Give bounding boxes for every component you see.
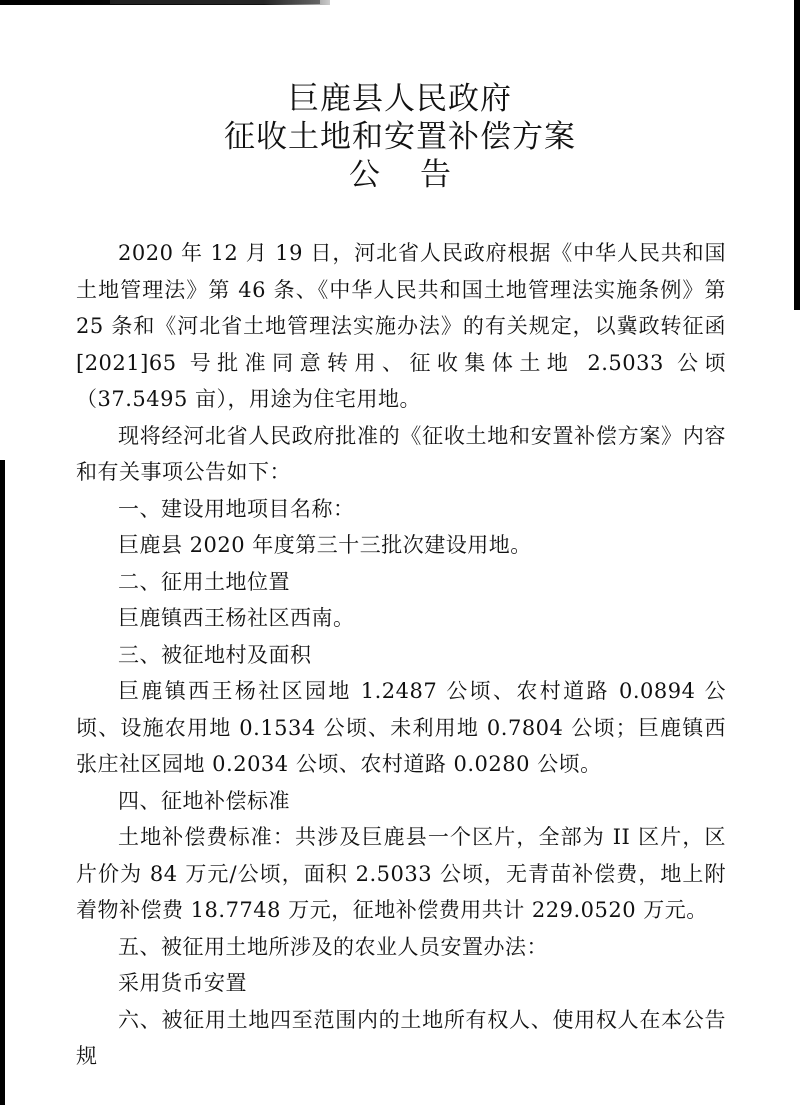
title-notice: 公告	[0, 156, 800, 194]
section-heading-villages-area: 三、被征地村及面积	[76, 637, 726, 674]
title-issuer: 巨鹿县人民政府	[0, 80, 800, 118]
section-heading-rights-holders: 六、被征用土地四至范围内的土地所有权人、使用权人在本公告规	[76, 1002, 726, 1075]
document-body: 2020 年 12 月 19 日，河北省人民政府根据《中华人民共和国土地管理法》…	[76, 235, 726, 1075]
document-title: 巨鹿县人民政府 征收土地和安置补偿方案 公告	[0, 80, 800, 194]
paragraph-announcement-intro: 现将经河北省人民政府批准的《征收土地和安置补偿方案》内容和有关事项公告如下：	[76, 418, 726, 491]
paragraph-approval: 2020 年 12 月 19 日，河北省人民政府根据《中华人民共和国土地管理法》…	[76, 235, 726, 418]
scan-edge-left	[0, 460, 5, 1105]
section-heading-land-location: 二、征用土地位置	[76, 564, 726, 601]
section-heading-compensation-standard: 四、征地补偿标准	[76, 783, 726, 820]
section-content-villages-area: 巨鹿镇西王杨社区园地 1.2487 公顷、农村道路 0.0894 公顷、设施农用…	[76, 673, 726, 783]
section-heading-project-name: 一、建设用地项目名称：	[76, 491, 726, 528]
section-content-compensation-standard: 土地补偿费标准：共涉及巨鹿县一个区片，全部为 II 区片，区片价为 84 万元/…	[76, 819, 726, 929]
section-content-project-name: 巨鹿县 2020 年度第三十三批次建设用地。	[76, 527, 726, 564]
scan-edge-top-shadow	[110, 0, 320, 4]
section-content-resettlement: 采用货币安置	[76, 965, 726, 1002]
title-subject: 征收土地和安置补偿方案	[0, 118, 800, 156]
section-heading-resettlement: 五、被征用土地所涉及的农业人员安置办法：	[76, 929, 726, 966]
section-content-land-location: 巨鹿镇西王杨社区西南。	[76, 600, 726, 637]
